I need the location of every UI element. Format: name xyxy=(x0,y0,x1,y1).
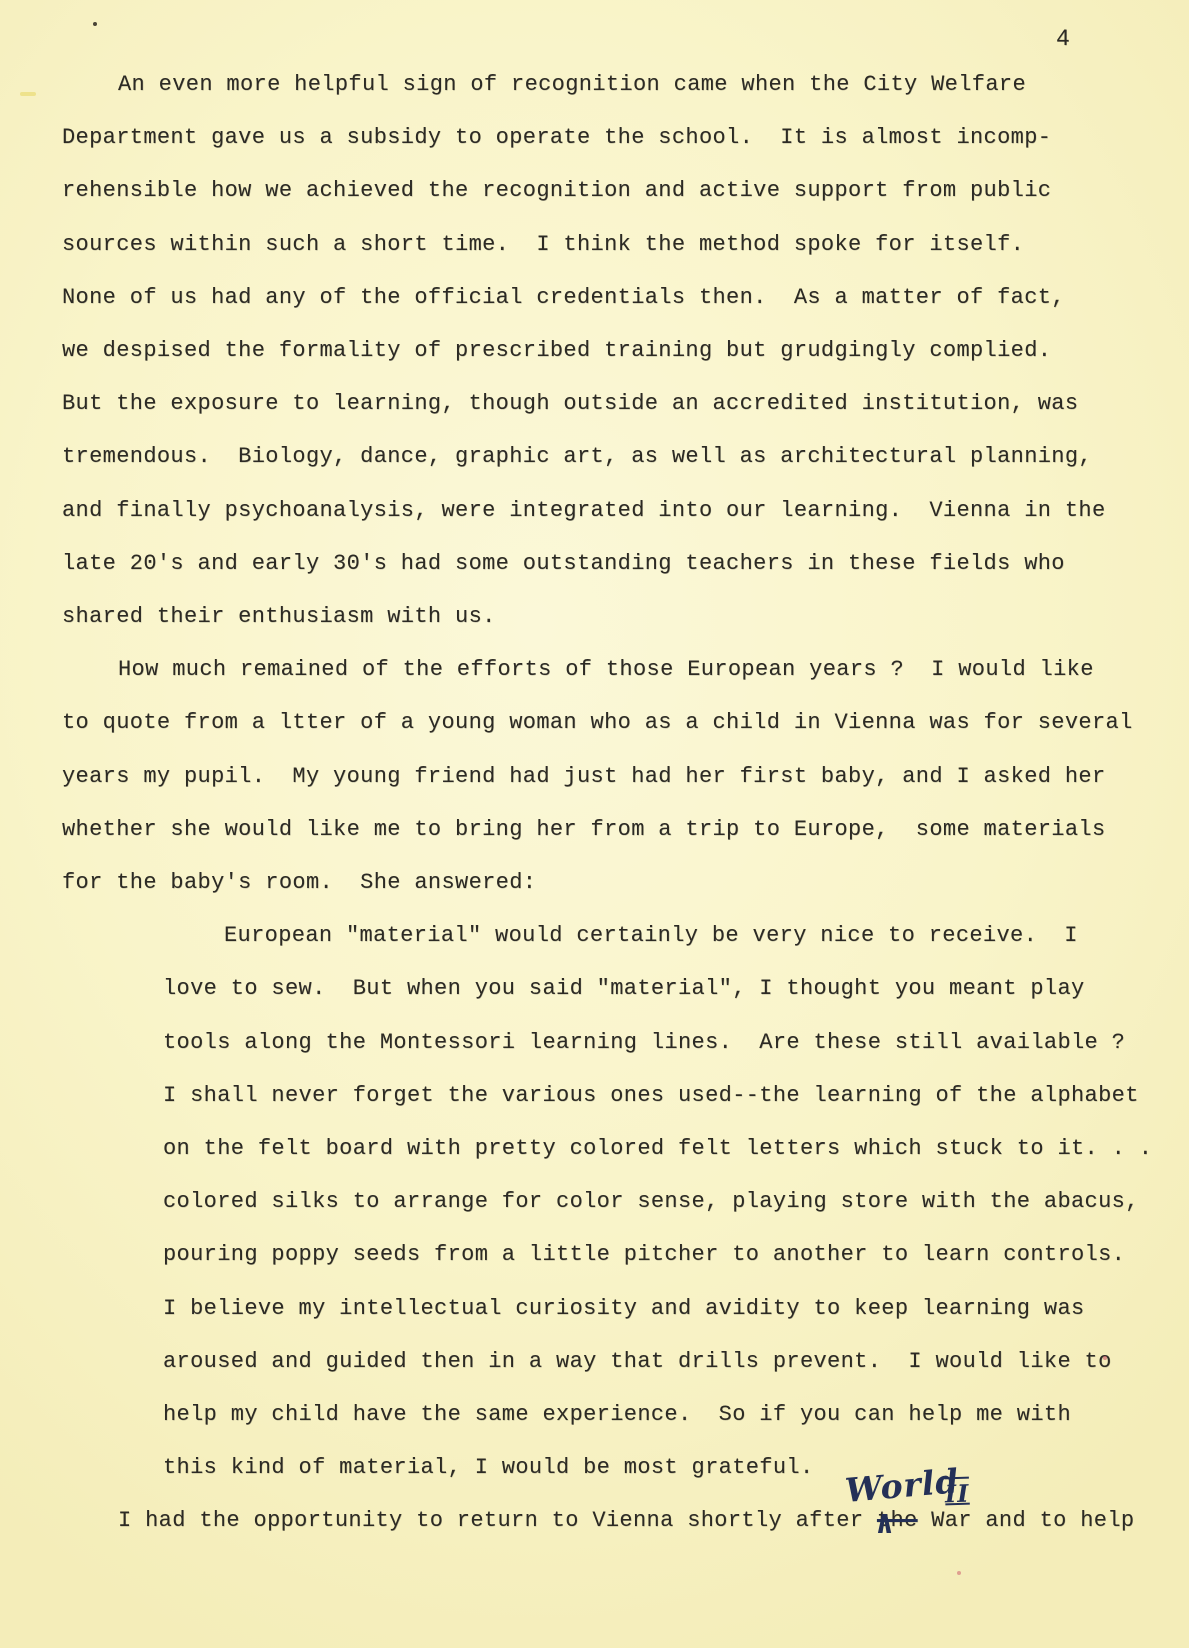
typed-line: European "material" would certainly be v… xyxy=(62,909,1177,962)
document-body: An even more helpful sign of recognition… xyxy=(62,58,1177,1548)
typed-line: rehensible how we achieved the recogniti… xyxy=(62,164,1177,217)
paper-speck xyxy=(1103,1356,1107,1360)
typed-line: for the baby's room. She answered: xyxy=(62,856,1177,909)
typed-line: An even more helpful sign of recognition… xyxy=(62,58,1177,111)
typed-line: None of us had any of the official crede… xyxy=(62,271,1177,324)
paper-speck xyxy=(957,1571,961,1575)
typed-line: But the exposure to learning, though out… xyxy=(62,377,1177,430)
typed-line: Department gave us a subsidy to operate … xyxy=(62,111,1177,164)
typed-line-annotated: I had the opportunity to return to Vienn… xyxy=(62,1494,1177,1547)
typed-line: pouring poppy seeds from a little pitche… xyxy=(62,1228,1177,1281)
paper-speck xyxy=(93,22,97,26)
typewritten-page: 4 An even more helpful sign of recogniti… xyxy=(0,0,1189,1648)
typed-line: late 20's and early 30's had some outsta… xyxy=(62,537,1177,590)
typed-line: help my child have the same experience. … xyxy=(62,1388,1177,1441)
typed-line: and finally psychoanalysis, were integra… xyxy=(62,484,1177,537)
typed-line: shared their enthusiasm with us. xyxy=(62,590,1177,643)
typed-line: I shall never forget the various ones us… xyxy=(62,1069,1177,1122)
typed-line: aroused and guided then in a way that dr… xyxy=(62,1335,1177,1388)
typed-line: to quote from a ltter of a young woman w… xyxy=(62,696,1177,749)
typed-line: whether she would like me to bring her f… xyxy=(62,803,1177,856)
typed-line: colored silks to arrange for color sense… xyxy=(62,1175,1177,1228)
typed-line: I believe my intellectual curiosity and … xyxy=(62,1282,1177,1335)
typed-line: we despised the formality of prescribed … xyxy=(62,324,1177,377)
typed-line: How much remained of the efforts of thos… xyxy=(62,643,1177,696)
typed-line: tremendous. Biology, dance, graphic art,… xyxy=(62,430,1177,483)
typed-line: on the felt board with pretty colored fe… xyxy=(62,1122,1177,1175)
page-number: 4 xyxy=(1056,26,1070,52)
typed-line: sources within such a short time. I thin… xyxy=(62,218,1177,271)
typed-line: years my pupil. My young friend had just… xyxy=(62,750,1177,803)
typed-line: this kind of material, I would be most g… xyxy=(62,1441,1177,1494)
insertion-caret-icon: ∧ xyxy=(874,1507,896,1540)
typed-line: tools along the Montessori learning line… xyxy=(62,1016,1177,1069)
handwritten-numeral-ii: II xyxy=(941,1479,972,1510)
paper-speck xyxy=(20,92,36,96)
typed-text-prefix: I had the opportunity to return to Vienn… xyxy=(118,1508,877,1533)
typed-text-suffix: War and to help xyxy=(918,1508,1135,1533)
typed-line: love to sew. But when you said "material… xyxy=(62,962,1177,1015)
